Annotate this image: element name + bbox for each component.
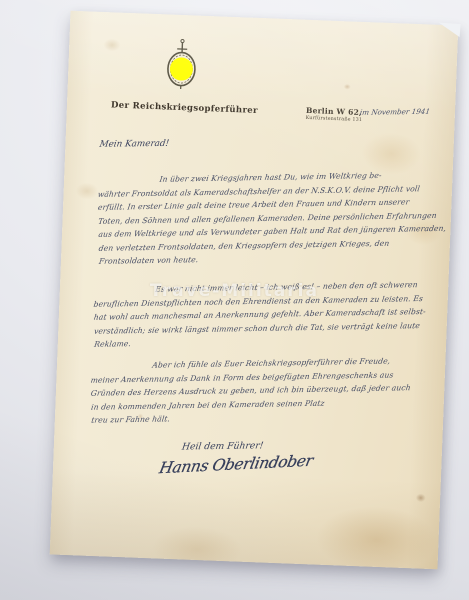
letterhead-street: Kurfürstenstraße 131 (306, 116, 363, 123)
letter-paragraph-2: Es war nicht immer leicht – ich weiß es!… (92, 278, 425, 351)
document-page: Der Reichskriegsopferführer Berlin W 62,… (50, 11, 459, 569)
letterhead-sender: Der Reichskriegsopferführer (111, 100, 258, 116)
letter-signature: Hanns Oberlindober (158, 452, 315, 478)
letter-closing: Heil dem Führer! (181, 440, 264, 452)
letter-paragraph-1: In über zwei Kriegsjahren hast Du, wie i… (96, 168, 445, 269)
letterhead-address: Berlin W 62, Kurfürstenstraße 131 (306, 106, 363, 123)
paper-corner-fold (438, 23, 461, 38)
photo-background: Der Reichskriegsopferführer Berlin W 62,… (0, 0, 469, 600)
letter-salutation: Mein Kamerad! (99, 139, 170, 150)
handwritten-date: im November 1941 (359, 107, 430, 117)
wreath-emblem-icon (160, 36, 204, 94)
letter-paragraph-3: Aber ich fühle als Euer Reichskriegsopfe… (89, 354, 410, 427)
